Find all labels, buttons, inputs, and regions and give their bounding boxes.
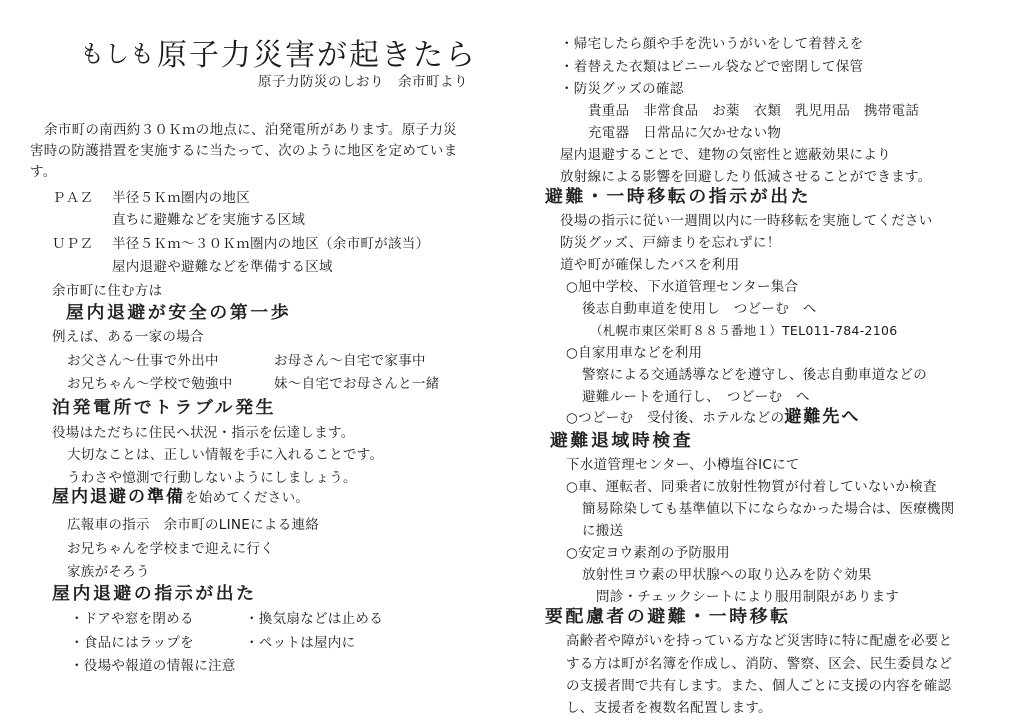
zone-paz-code: ＰＡＺ [52, 189, 93, 207]
family-sister: 妹～自宅でお母さんと一緒 [274, 375, 440, 393]
heading-shelter-first-step: 屋内退避が安全の第一歩 [66, 302, 291, 324]
zone-upz-code: ＵＰＺ [52, 235, 93, 253]
zone-upz-desc: 屋内退避や避難などを準備する区域 [112, 258, 333, 276]
page-subtitle: 原子力防災のしおり 余市町より [258, 70, 468, 90]
car-line-2: 避難ルートを通行し、 つどーむ へ [582, 388, 810, 406]
evac-line-1: 役場の指示に従い一週間以内に一時移転を実施してください [560, 212, 933, 230]
check-location: 下水道管理センター、小樽塩谷ICにて [566, 456, 800, 474]
heading-evacuation-ordered: 避難・一時移転の指示が出た [545, 186, 811, 208]
heading-shelter-prep-suffix: を始めてください。 [185, 490, 309, 506]
car-option: ○自家用車などを利用 [566, 344, 702, 362]
heading-plant-trouble: 泊発電所でトラブル発生 [52, 397, 276, 419]
care-line-4: し、支援者を複数名配置します。 [566, 699, 772, 717]
zone-paz-desc: 直ちに避難などを実施する区域 [112, 211, 305, 229]
prep-line-1: 広報車の指示 余市町のLINEによる連絡 [67, 516, 319, 534]
prep-line-3: 家族がそろう [67, 563, 150, 581]
bullet-check-goods: ・防災グッズの確認 [560, 80, 684, 98]
reception-line: ○つどーむ 受付後、ホテルなどの避難先へ [566, 408, 860, 427]
trouble-line-1: 役場はただちに住民へ状況・指示を伝達します。 [52, 424, 355, 442]
prep-line-2: お兄ちゃんを学校まで迎えに行く [67, 540, 274, 558]
page-title: 原子力災害が起きたら [157, 30, 477, 74]
heading-shelter-ordered: 屋内退避の指示が出た [52, 583, 257, 605]
evac-line-2: 防災グッズ、戸締まりを忘れずに！ [560, 234, 781, 252]
family-mother: お母さん～自宅で家事中 [274, 352, 426, 370]
residents-label: 余市町に住む方は [52, 282, 162, 300]
bus-meeting-point: ○旭中学校、下水道管理センター集合 [566, 278, 798, 296]
heading-evacuation-check: 避難退域時検査 [550, 430, 693, 452]
goods-list-1: 貴重品 非常食品 お薬 衣類 乳児用品 携帯電話 [588, 102, 919, 120]
shelter-effect-1: 屋内退避することで、建物の気密性と遮蔽効果により [560, 146, 891, 164]
bullet-seal-clothes: ・着替えた衣類はビニール袋などで密閉して保管 [560, 58, 863, 76]
bullet-watch-news: ・役場や報道の情報に注意 [70, 657, 236, 675]
check-line-2: 簡易除染しても基準値以下にならなかった場合は、医療機関 [582, 500, 955, 518]
heading-shelter-prep-bold: 屋内退避の準備 [52, 487, 185, 507]
care-line-1: 高齢者や障がいを持っている方など災害時に特に配慮を必要と [566, 632, 952, 650]
iodine-heading: ○安定ヨウ素剤の予防服用 [566, 544, 730, 562]
zone-upz-range: 半径５Ｋｍ～３０Ｋｍ圏内の地区（余市町が該当） [112, 235, 429, 253]
heading-shelter-prep: 屋内退避の準備を始めてください。 [52, 488, 309, 507]
intro-paragraph: 余市町の南西約３０Ｋｍの地点に、泊発電所があります。原子力災害時の防護措置を実施… [30, 120, 470, 183]
bullet-pets-inside: ・ペットは屋内に [245, 634, 355, 652]
title-prefix: もしも [80, 34, 155, 69]
car-line-1: 警察による交通誘導などを遵守し、後志自動車道などの [582, 366, 927, 384]
bullet-close-doors: ・ドアや窓を閉める [70, 610, 194, 628]
family-brother: お兄ちゃん～学校で勉強中 [67, 375, 233, 393]
care-line-3: の支援者間で共有します。また、個人ごとに支援の内容を確認 [566, 677, 951, 695]
trouble-line-3: うわさや憶測で行動しないようにしましょう。 [67, 469, 357, 487]
family-father: お父さん～仕事で外出中 [67, 352, 219, 370]
goods-list-2: 充電器 日常品に欠かせない物 [588, 124, 781, 142]
tsudome-address: （札幌市東区栄町８８５番地１）TEL011-784-2106 [590, 322, 898, 340]
care-line-2: する方は町が名簿を作成し、消防、警察、区会、民生委員など [566, 655, 952, 673]
iodine-line-2: 問診・チェックシートにより服用制限があります [596, 588, 899, 606]
bullet-stop-fans: ・換気扇などは止める [245, 610, 383, 628]
trouble-line-2: 大切なことは、正しい情報を手に入れることです。 [67, 446, 383, 464]
reception-bold: 避難先へ [784, 407, 860, 427]
iodine-line-1: 放射性ヨウ素の甲状腺への取り込みを防ぐ効果 [582, 566, 872, 584]
bus-route: 後志自動車道を使用し つどーむ へ [582, 300, 817, 318]
evac-line-3: 道や町が確保したバスを利用 [560, 256, 739, 274]
shelter-effect-2: 放射線による影響を回避したり低減させることができます。 [560, 168, 932, 186]
zone-paz-range: 半径５Ｋｍ圏内の地区 [112, 189, 250, 207]
reception-text: ○つどーむ 受付後、ホテルなどの [566, 410, 784, 426]
check-line-1: ○車、運転者、同乗者に放射性物質が付着していないか検査 [566, 478, 937, 496]
example-intro: 例えば、ある一家の場合 [52, 328, 204, 346]
bullet-wash-change: ・帰宅したら顔や手を洗いうがいをして着替えを [560, 35, 864, 53]
bullet-wrap-food: ・食品にはラップを [70, 634, 194, 652]
check-line-3: に搬送 [582, 522, 623, 540]
heading-vulnerable-evacuation: 要配慮者の避難・一時移転 [545, 606, 791, 628]
